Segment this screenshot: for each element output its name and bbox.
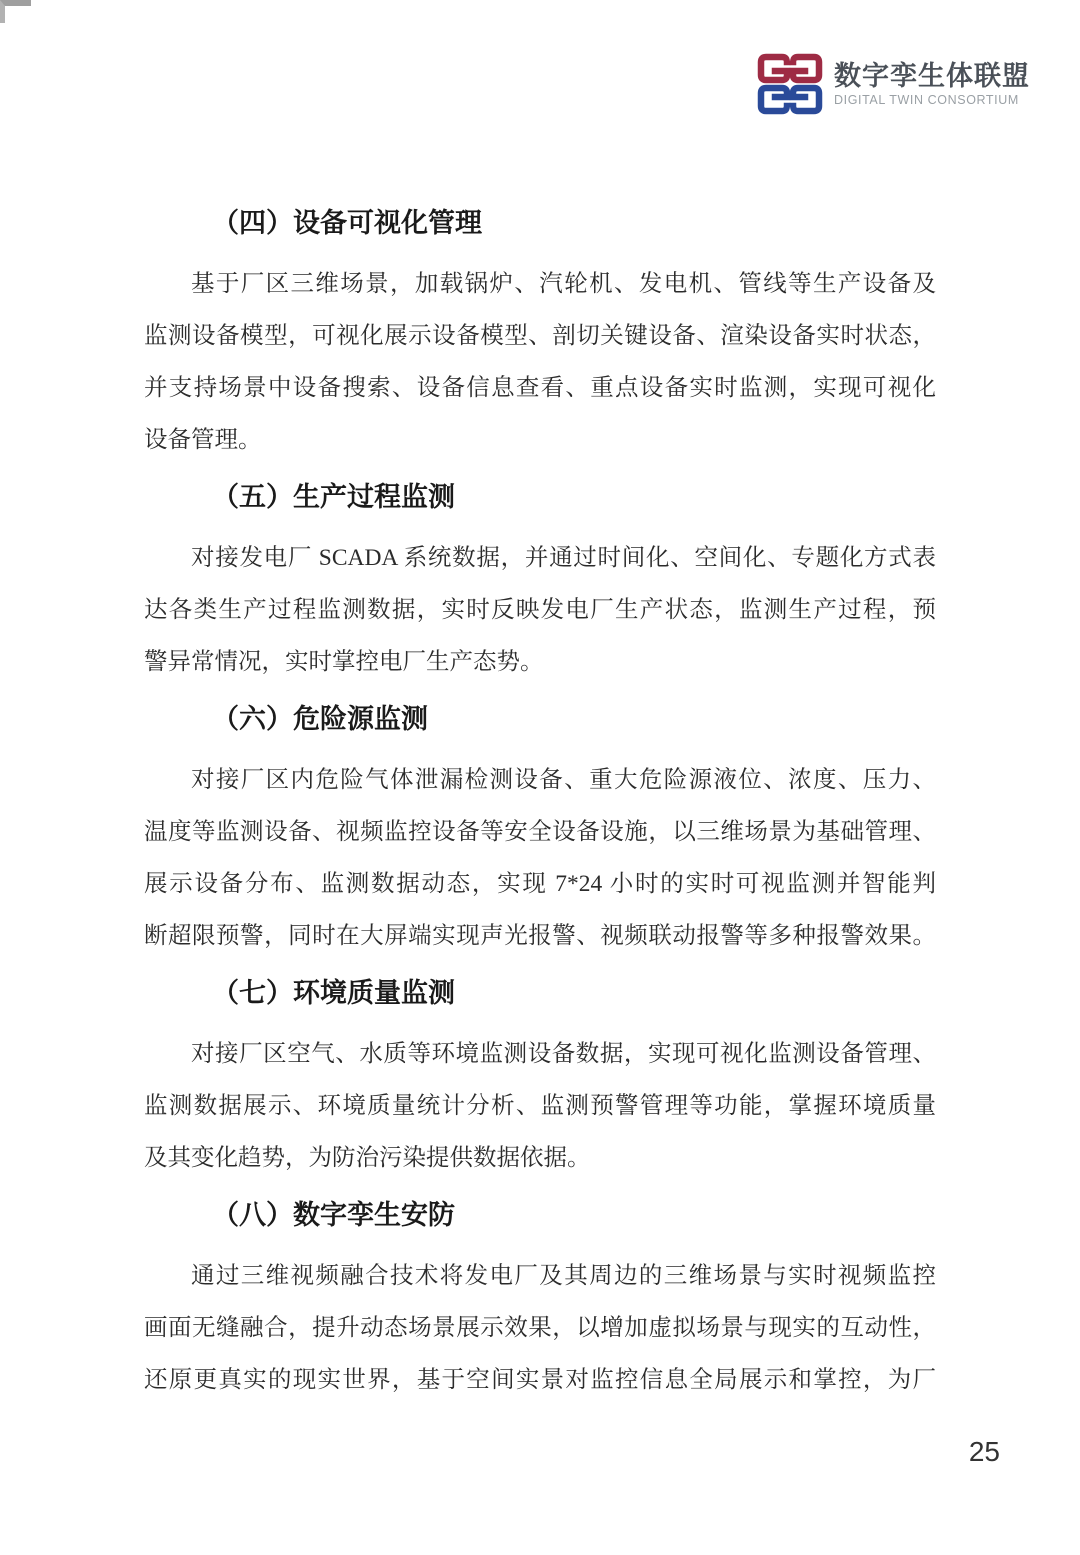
- section-heading-6: （六）危险源监测: [144, 702, 936, 736]
- section-6: （六）危险源监测对接厂区内危险气体泄漏检测设备、重大危险源液位、浓度、压力、温度…: [144, 702, 936, 962]
- section-7: （七）环境质量监测对接厂区空气、水质等环境监测设备数据，实现可视化监测设备管理、…: [144, 976, 936, 1184]
- text-line: 对接厂区内危险气体泄漏检测设备、重大危险源液位、浓度、压力、: [144, 754, 936, 806]
- text-line: 通过三维视频融合技术将发电厂及其周边的三维场景与实时视频监控: [144, 1250, 936, 1302]
- section-4: （四）设备可视化管理基于厂区三维场景，加载锅炉、汽轮机、发电机、管线等生产设备及…: [144, 206, 936, 466]
- text-line: 达各类生产过程监测数据，实时反映发电厂生产状态，监测生产过程，预: [144, 584, 936, 636]
- text-line: 监测数据展示、环境质量统计分析、监测预警管理等功能，掌握环境质量: [144, 1080, 936, 1132]
- text-line: 断超限预警，同时在大屏端实现声光报警、视频联动报警等多种报警效果。: [144, 910, 936, 962]
- logo-title-en: DIGITAL TWIN CONSORTIUM: [834, 93, 1030, 108]
- text-line: 设备管理。: [144, 414, 936, 466]
- text-line: 监测设备模型，可视化展示设备模型、剖切关键设备、渲染设备实时状态，: [144, 310, 936, 362]
- page-number: 25: [969, 1436, 1000, 1468]
- digital-twin-consortium-logo: 数字孪生体联盟 DIGITAL TWIN CONSORTIUM: [757, 52, 1030, 116]
- logo-mark-icon: [757, 52, 823, 116]
- section-heading-7: （七）环境质量监测: [144, 976, 936, 1010]
- section-paragraph-6: 对接厂区内危险气体泄漏检测设备、重大危险源液位、浓度、压力、温度等监测设备、视频…: [144, 754, 936, 962]
- text-line: 及其变化趋势，为防治污染提供数据依据。: [144, 1132, 936, 1184]
- scan-corner-artifact: [0, 0, 31, 23]
- text-line: 基于厂区三维场景，加载锅炉、汽轮机、发电机、管线等生产设备及: [144, 258, 936, 310]
- section-5: （五）生产过程监测对接发电厂 SCADA 系统数据，并通过时间化、空间化、专题化…: [144, 480, 936, 688]
- section-paragraph-5: 对接发电厂 SCADA 系统数据，并通过时间化、空间化、专题化方式表达各类生产过…: [144, 532, 936, 688]
- section-8: （八）数字孪生安防通过三维视频融合技术将发电厂及其周边的三维场景与实时视频监控画…: [144, 1198, 936, 1406]
- text-line: 还原更真实的现实世界，基于空间实景对监控信息全局展示和掌控，为厂: [144, 1354, 936, 1406]
- text-line: 温度等监测设备、视频监控设备等安全设备设施，以三维场景为基础管理、: [144, 806, 936, 858]
- section-paragraph-7: 对接厂区空气、水质等环境监测设备数据，实现可视化监测设备管理、监测数据展示、环境…: [144, 1028, 936, 1184]
- document-body: （四）设备可视化管理基于厂区三维场景，加载锅炉、汽轮机、发电机、管线等生产设备及…: [144, 206, 936, 1406]
- section-heading-5: （五）生产过程监测: [144, 480, 936, 514]
- section-heading-8: （八）数字孪生安防: [144, 1198, 936, 1232]
- section-heading-4: （四）设备可视化管理: [144, 206, 936, 240]
- text-line: 对接发电厂 SCADA 系统数据，并通过时间化、空间化、专题化方式表: [144, 532, 936, 584]
- text-line: 警异常情况，实时掌控电厂生产态势。: [144, 636, 936, 688]
- section-paragraph-4: 基于厂区三维场景，加载锅炉、汽轮机、发电机、管线等生产设备及监测设备模型，可视化…: [144, 258, 936, 466]
- text-line: 展示设备分布、监测数据动态，实现 7*24 小时的实时可视监测并智能判: [144, 858, 936, 910]
- logo-title-cn: 数字孪生体联盟: [834, 61, 1030, 91]
- text-line: 并支持场景中设备搜索、设备信息查看、重点设备实时监测，实现可视化: [144, 362, 936, 414]
- text-line: 对接厂区空气、水质等环境监测设备数据，实现可视化监测设备管理、: [144, 1028, 936, 1080]
- text-line: 画面无缝融合，提升动态场景展示效果，以增加虚拟场景与现实的互动性，: [144, 1302, 936, 1354]
- logo-text: 数字孪生体联盟 DIGITAL TWIN CONSORTIUM: [834, 61, 1030, 108]
- section-paragraph-8: 通过三维视频融合技术将发电厂及其周边的三维场景与实时视频监控画面无缝融合，提升动…: [144, 1250, 936, 1406]
